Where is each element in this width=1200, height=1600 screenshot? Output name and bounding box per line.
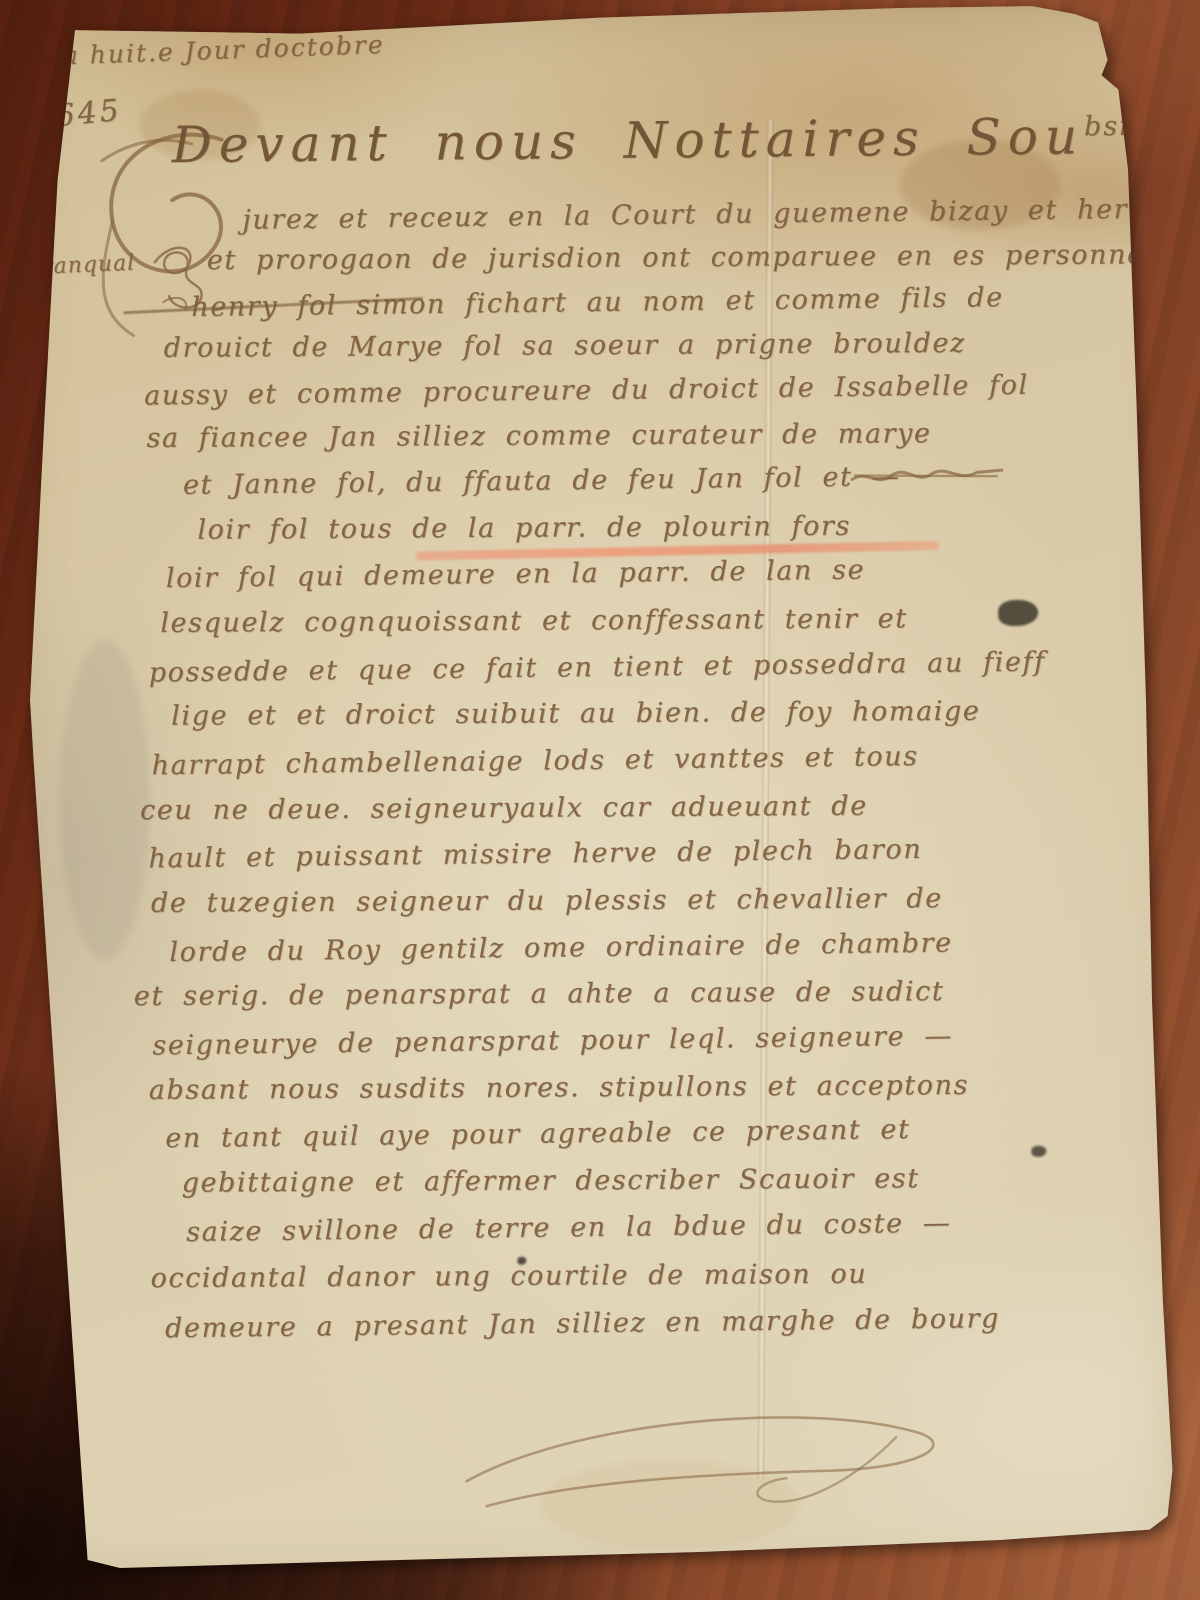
title-tail: bsignans [1084, 110, 1200, 142]
signature-paraph [426, 1381, 987, 1536]
document-title: Devant nous Nottaires Soubsignans [171, 106, 1200, 174]
manuscript-line: seigneurye de penarsprat pour leql. seig… [152, 1021, 953, 1062]
manuscript-line: de tuzegien seigneur du plessis et cheva… [151, 883, 943, 919]
manuscript-line: lesquelz cognquoissant et conffessant te… [160, 603, 908, 639]
manuscript-line: lige et et droict suibuit au bien. de fo… [171, 696, 980, 732]
manuscript-line: gebittaigne et affermer describer Scauoi… [182, 1163, 920, 1199]
manuscript-line: et serig. de penarsprat a ahte a cause d… [134, 976, 945, 1012]
manuscript-line: demeure a presant Jan silliez en marghe … [165, 1303, 1000, 1344]
header-date-note: a huit.e Jour doctobre [62, 30, 385, 70]
manuscript-line: harrapt chambellenaige lods et vanttes e… [151, 741, 918, 781]
manuscript-line: henry fol simon fichart au nom et comme … [191, 282, 1004, 323]
ink-scribble-strikethrough [847, 458, 1007, 496]
manuscript-sheet-wrap: a huit.e Jour doctobre 1645 Branqual Dev… [0, 0, 1200, 1600]
manuscript-line: jurez et receuz en la Court du guemene b… [242, 192, 1200, 235]
manuscript-line: sa fiancee Jan silliez comme curateur de… [146, 418, 931, 454]
ink-blot [998, 600, 1038, 626]
manuscript-line: loir fol qui demeure en la parr. de lan … [166, 555, 866, 595]
manuscript-line: hault et puissant missire herve de plech… [148, 834, 922, 874]
manuscript-line: lorde du Roy gentilz ome ordinaire de ch… [169, 928, 953, 969]
manuscript-line: saize svillone de terre en la bdue du co… [186, 1208, 952, 1248]
manuscript-line: et prorogaon de jurisdion ont comparuee … [207, 239, 1160, 276]
manuscript-line: ceu ne deue. seigneuryaulx car adueuant … [140, 791, 868, 826]
handwriting-layer: a huit.e Jour doctobre 1645 Branqual Dev… [0, 0, 1200, 1600]
manuscript-line: drouict de Marye fol sa soeur a prigne b… [164, 328, 966, 364]
manuscript-line: absant nous susdits nores. stipullons et… [149, 1070, 969, 1106]
manuscript-line: en tant quil aye pour agreable ce presan… [165, 1114, 911, 1154]
manuscript-line: loir fol tous de la parr. de plourin for… [197, 511, 851, 546]
manuscript-line: aussy et comme procureure du droict de I… [144, 370, 1029, 412]
manuscript-sheet: a huit.e Jour doctobre 1645 Branqual Dev… [0, 0, 1200, 1600]
ink-blot [1031, 1146, 1046, 1157]
manuscript-line: et Janne fol, du ffauta de feu Jan fol e… [183, 461, 901, 501]
manuscript-line: possedde et que ce fait en tient et poss… [149, 647, 1046, 689]
title-main: Devant nous Nottaires Sou [171, 107, 1084, 174]
manuscript-line: occidantal danor ung courtile de maison … [150, 1259, 867, 1294]
